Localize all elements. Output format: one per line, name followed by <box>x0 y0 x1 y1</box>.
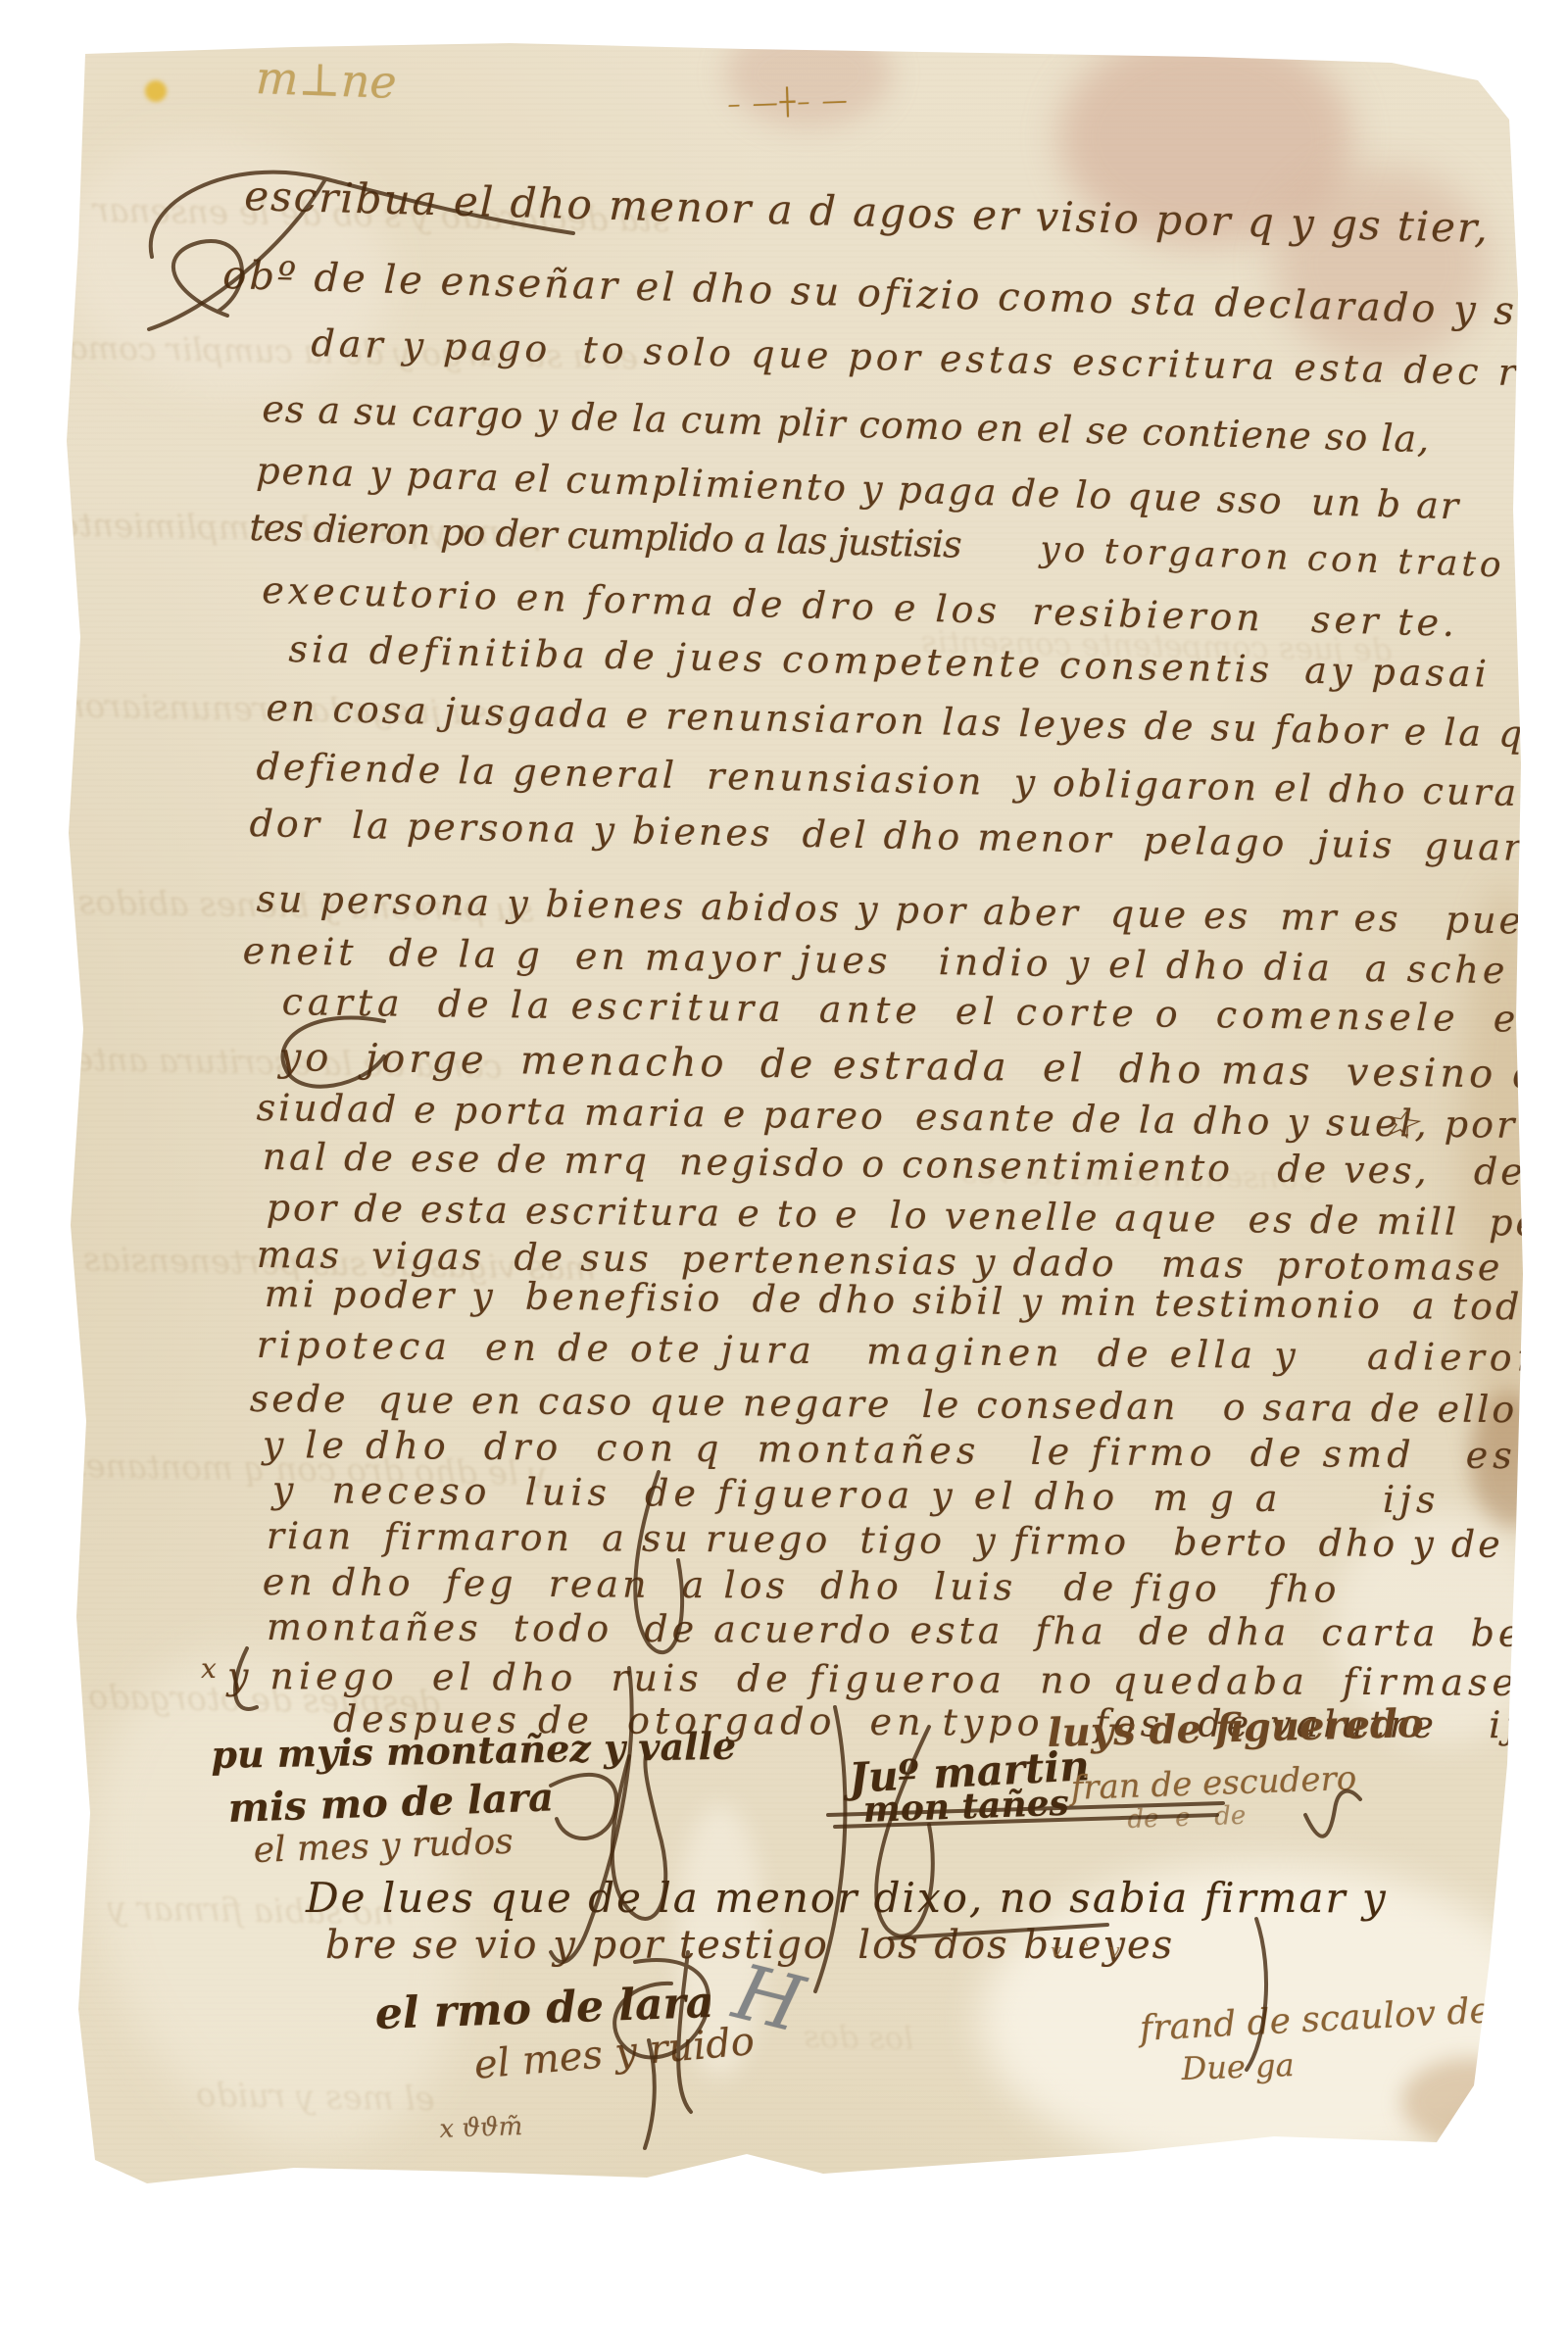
handwritten-line: x ϑϑm̃ <box>439 2112 523 2144</box>
handwritten-line: de e de <box>1127 1801 1247 1835</box>
signature-montanez-valle: pu myis montañez y valle <box>211 1724 737 1777</box>
handwritten-line: en dho feg rean a los dho luis de figo f… <box>263 1560 1341 1611</box>
margin-x-mark: x <box>201 1652 217 1685</box>
handwritten-line: defiende la general renunsiasion y oblig… <box>256 745 1535 814</box>
stain-tan-bottom-corner <box>1401 2058 1539 2146</box>
star-mark: ☆ <box>1377 1096 1422 1151</box>
handwritten-line: dor la persona y bienes del dho menor pe… <box>249 802 1568 871</box>
bleedthrough-line: los dos <box>804 2018 914 2057</box>
handwritten-line: yo torgaron con trato <box>1040 529 1506 586</box>
photo-background: sta declarado y s ob de le ensenares a s… <box>0 0 1568 2351</box>
handwritten-line: montañes todo de acuerdo esta fha de dha… <box>267 1605 1568 1655</box>
handwritten-line: sede que en caso que negare le consedan … <box>250 1377 1568 1432</box>
handwritten-line: rian firmaron a su ruego tigo y firmo be… <box>267 1514 1503 1566</box>
signature-juan-martin-2: mon tañes <box>862 1783 1069 1831</box>
ink-flourish <box>551 1775 616 1838</box>
handwritten-line: en cosa jusgada e renunsiaron las leyes … <box>266 686 1568 757</box>
handwritten-line: tes dieron po der cumplido a las justisi… <box>249 506 961 566</box>
signature-luys-de-figueredo: luys de figueredo <box>1047 1700 1424 1756</box>
header-mark: – —┼– — <box>727 86 850 120</box>
handwritten-line: Due ga <box>1181 2046 1295 2087</box>
handwritten-line: escribua el dho menor a d agos er visio … <box>244 171 1491 252</box>
handwritten-line: ripoteca en de ote jura maginen de ella … <box>257 1323 1546 1380</box>
handwritten-line: es a su cargo y de la cum plir como en e… <box>262 387 1431 461</box>
handwritten-line: y neceso luis de figueroa y el dho m g a… <box>272 1468 1441 1521</box>
handwritten-line: v ˄ v <box>1051 1938 1120 1962</box>
handwritten-line: y niego el dho ruis de figueroa no queda… <box>227 1654 1519 1704</box>
signature-fran-de-escudero: fran de escudero <box>1070 1759 1357 1808</box>
stain-yellow-dot <box>145 80 167 102</box>
rubric-el-mes: el mes y rudos <box>253 1822 514 1871</box>
handwritten-line: De lues que de la menor dixo, no sabia f… <box>306 1874 1388 1922</box>
handwritten-line: obº de le enseñar el dho su ofizio como … <box>222 253 1518 334</box>
manuscript-page: sta declarado y s ob de le ensenares a s… <box>0 0 1568 2351</box>
handwritten-line: dar y pago to solo que por estas escritu… <box>311 321 1568 395</box>
bleedthrough-mark: m⊥ne <box>255 51 398 109</box>
stain-pink-top-right-2 <box>1274 167 1490 363</box>
signature-fran-bottom: frand de scaulov de q̃ <box>1139 1988 1525 2048</box>
bleedthrough-line: el mes y ruido <box>196 2076 435 2119</box>
